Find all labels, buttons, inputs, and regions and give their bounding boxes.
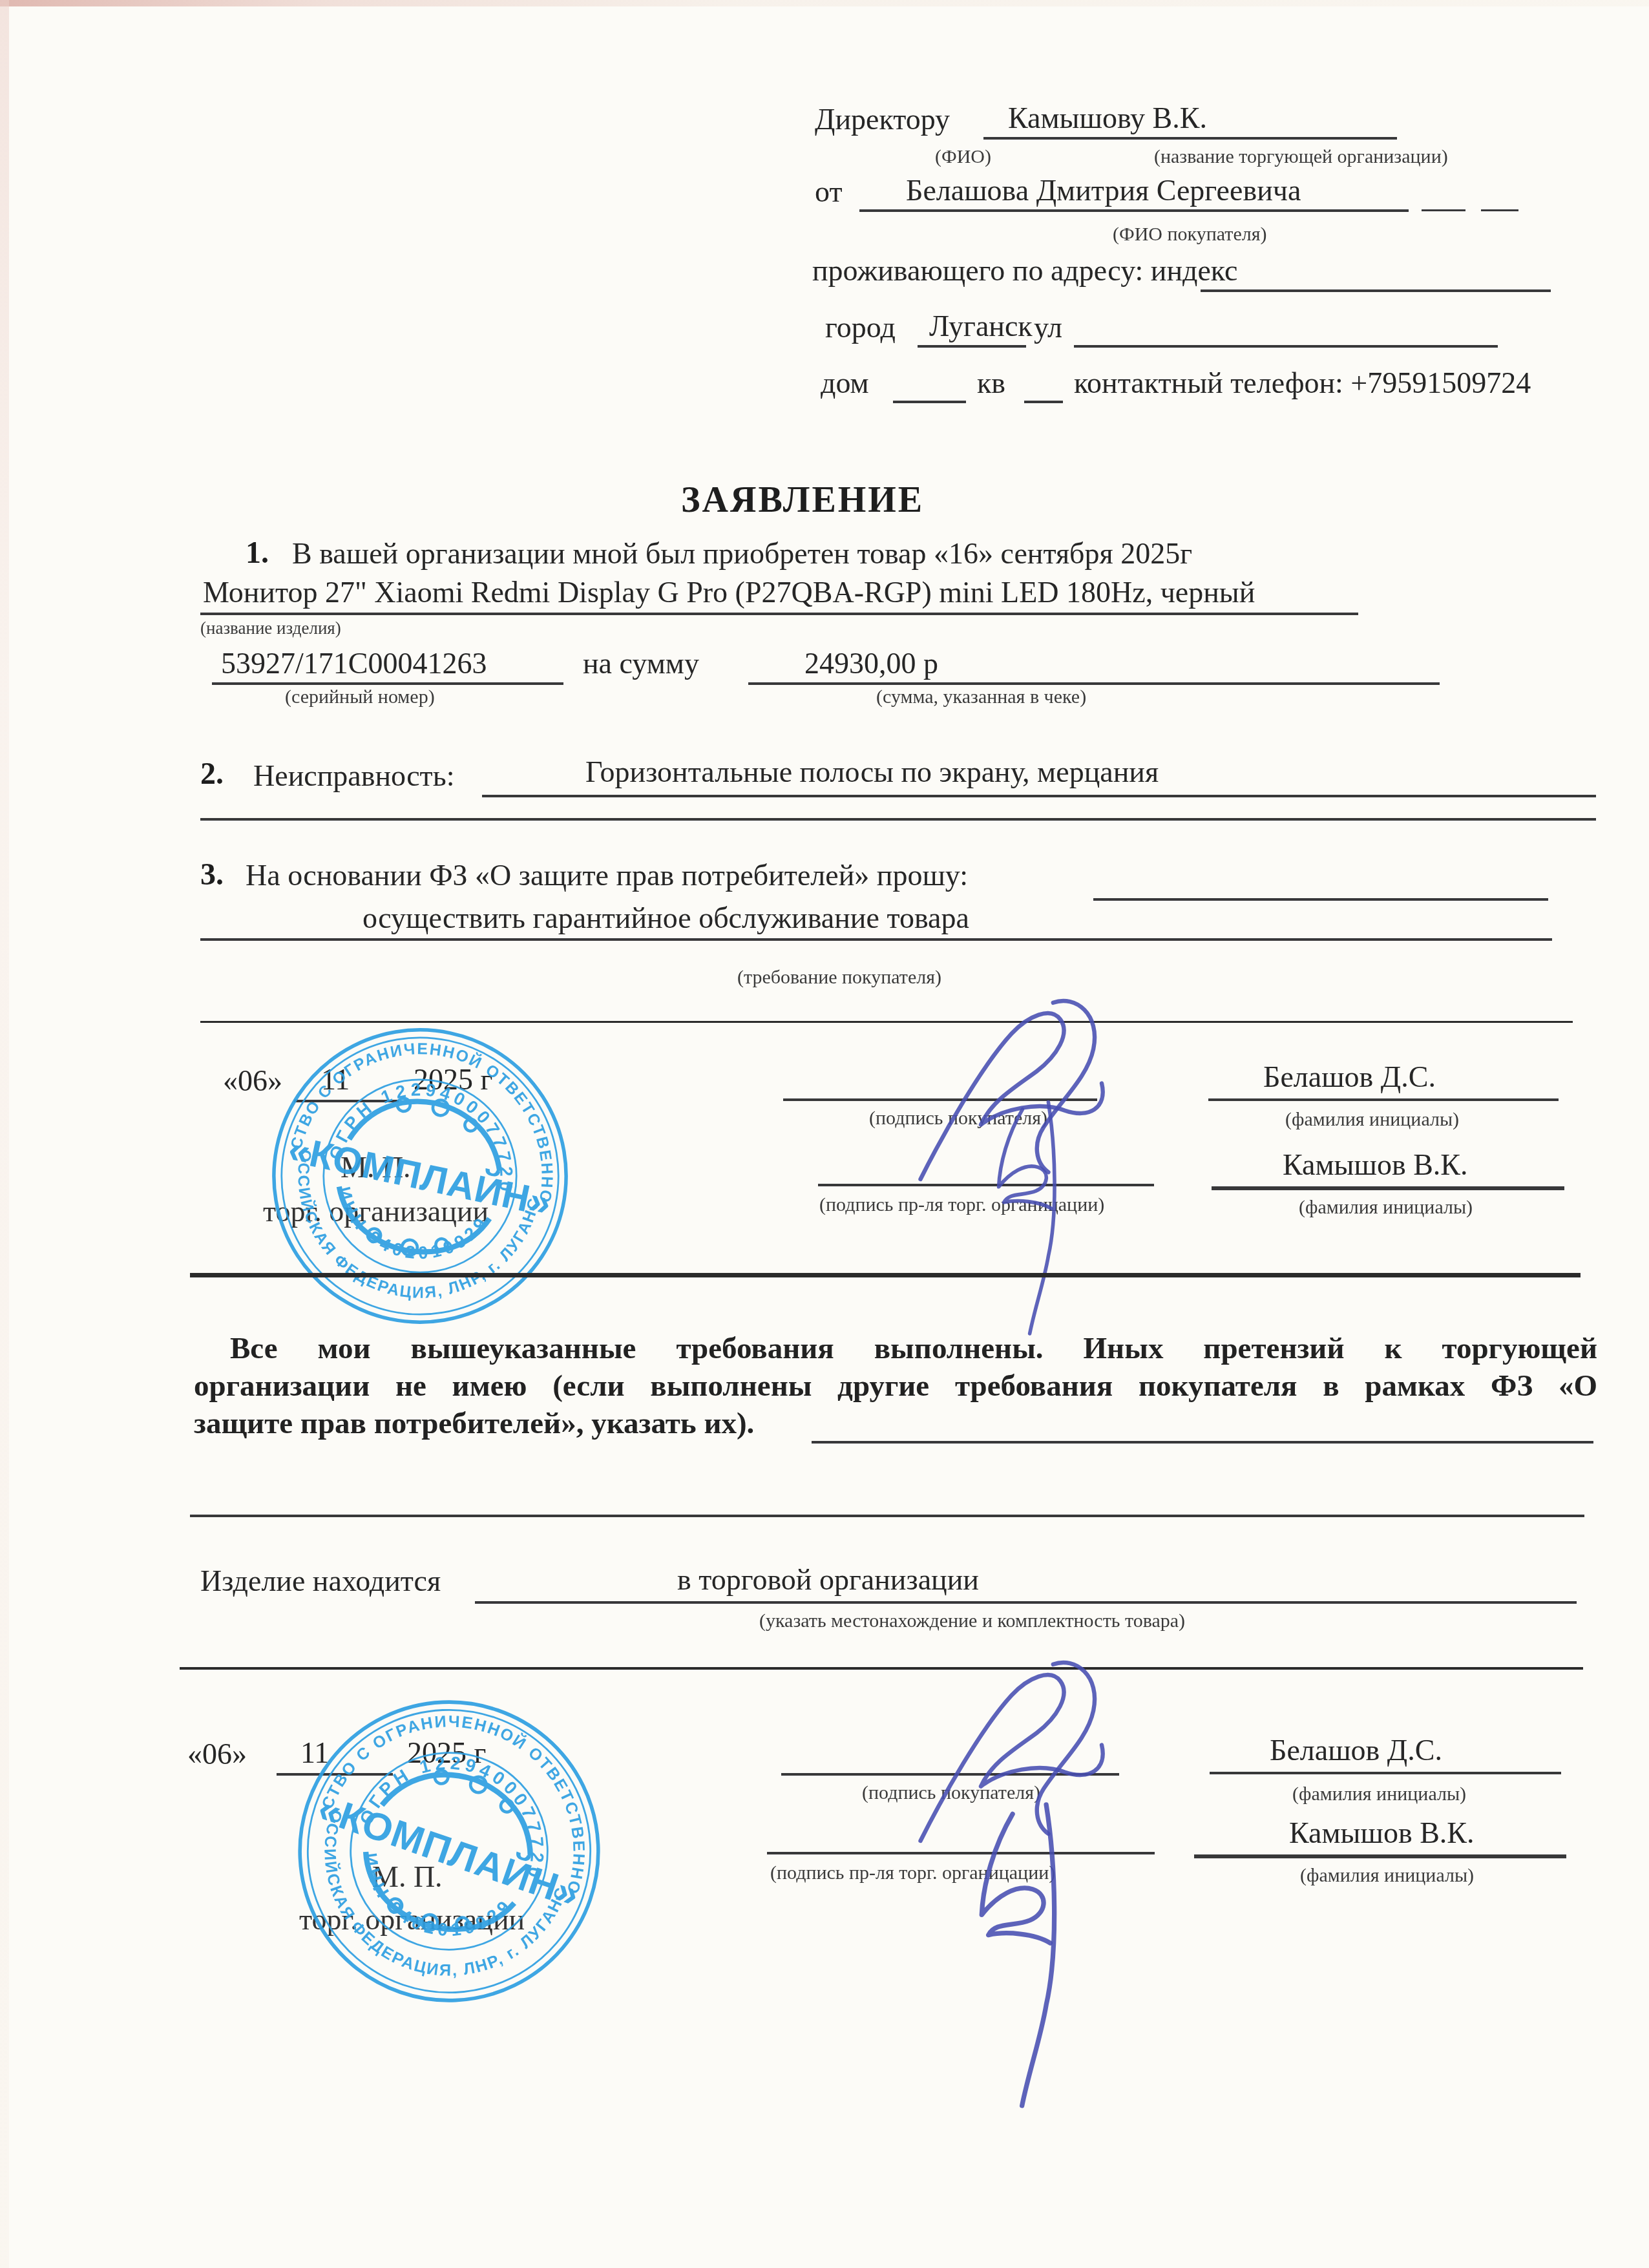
closing-underline — [812, 1441, 1593, 1444]
address-label: проживающего по адресу: индекс — [812, 255, 1238, 288]
sb1-buyer-name-label: (фамилия инициалы) — [1285, 1109, 1459, 1130]
sb1-seller-name: Камышов В.К. — [1283, 1149, 1468, 1182]
to-underline — [983, 137, 1397, 140]
phone-value: +79591509724 — [1350, 366, 1531, 399]
phone-label: контактный телефон: — [1074, 366, 1343, 399]
location-label: Изделие находится — [200, 1565, 441, 1598]
s1-text: В вашей организации мной был приобретен … — [292, 538, 1192, 571]
company-stamp-1: ОБЩЕСТВО С ОГРАНИЧЕННОЙ ОТВЕТСТВЕННОСТЬЮ… — [238, 994, 603, 1359]
apt-underline — [1024, 401, 1063, 403]
location-value: в торговой организации — [677, 1564, 979, 1597]
s1-product: Монитор 27" Xiaomi Redmi Display G Pro (… — [203, 576, 1255, 609]
to-label: Директору — [815, 103, 950, 136]
s1-sum-note: (сумма, указанная в чеке) — [876, 686, 1086, 708]
house-label: дом — [821, 367, 869, 400]
s1-sum-value: 24930,00 р — [804, 647, 938, 680]
from-label: от — [815, 176, 843, 209]
scan-edge-top — [0, 0, 1649, 6]
closing-line-2: организации не имею (если выполнены друг… — [194, 1367, 1597, 1405]
from-underline — [859, 209, 1409, 212]
closing-underline-empty — [190, 1515, 1584, 1517]
s2-label: Неисправность: — [253, 760, 454, 793]
s1-product-note: (название изделия) — [200, 619, 341, 638]
page-title: ЗАЯВЛЕНИЕ — [681, 479, 924, 521]
s3-value-underline — [200, 938, 1552, 941]
sb1-seller-name-line — [1212, 1186, 1564, 1190]
s1-serial: 53927/171C00041263 — [221, 647, 487, 680]
seller-signature-2 — [924, 1790, 1131, 2126]
sb2-buyer-name-line — [1210, 1772, 1561, 1774]
sb1-buyer-name-line — [1208, 1098, 1559, 1101]
fio-label: (ФИО) — [935, 146, 991, 167]
sb2-buyer-name: Белашов Д.С. — [1270, 1734, 1442, 1767]
index-underline — [1201, 289, 1551, 292]
stamp1-center-text: «КОМПЛАЙН» — [284, 1127, 555, 1225]
street-label: ул — [1034, 311, 1062, 344]
s2-num: 2. — [200, 757, 224, 792]
street-underline — [1074, 345, 1498, 348]
sb1-day: «06» — [223, 1065, 282, 1098]
s2-value: Горизонтальные полосы по экрану, мерцани… — [585, 756, 1159, 789]
s1-serial-note: (серийный номер) — [285, 686, 435, 708]
claim-form-page: Директору Камышову В.К. (ФИО) (название … — [0, 0, 1649, 2268]
s2-underline-empty — [200, 818, 1596, 821]
s1-sum-label: на сумму — [583, 647, 699, 680]
s1-num: 1. — [246, 536, 269, 571]
sb1-seller-name-label: (фамилия инициалы) — [1299, 1197, 1473, 1218]
closing-paragraph: Все мои вышеуказанные требования выполне… — [194, 1330, 1597, 1442]
from-value: Белашова Дмитрия Сергеевича — [906, 174, 1301, 207]
stamp2-center-text: «КОМПЛАЙН» — [313, 1787, 585, 1916]
s1-serial-underline — [212, 682, 563, 685]
sb2-day: «06» — [187, 1738, 247, 1771]
s3-value: осуществить гарантийное обслуживание тов… — [362, 902, 969, 935]
sb2-seller-name-label: (фамилия инициалы) — [1300, 1865, 1474, 1886]
sb2-seller-name: Камышов В.К. — [1289, 1817, 1475, 1850]
seller-signature-1 — [930, 1091, 1137, 1349]
sb1-buyer-name: Белашов Д.С. — [1263, 1061, 1436, 1094]
scan-edge-left — [0, 0, 9, 2268]
apt-label: кв — [977, 367, 1005, 400]
sb2-buyer-name-label: (фамилия инициалы) — [1292, 1783, 1466, 1805]
company-stamp-2: ОБЩЕСТВО С ОГРАНИЧЕННОЙ ОТВЕТСТВЕННОСТЬЮ… — [249, 1652, 649, 2051]
city-label: город — [825, 311, 896, 344]
s2-underline — [482, 795, 1596, 797]
buyer-fio-label: (ФИО покупателя) — [1113, 224, 1267, 245]
from-underline-frag1 — [1422, 209, 1465, 211]
to-value: Камышову В.К. — [1008, 102, 1207, 135]
phone-line: контактный телефон: +79591509724 — [1074, 367, 1531, 400]
closing-line-1: Все мои вышеуказанные требования выполне… — [194, 1330, 1597, 1367]
city-value: Луганск — [929, 310, 1033, 343]
divider-thick — [190, 1273, 1581, 1277]
s3-note: (требование покупателя) — [737, 967, 941, 988]
city-underline — [918, 345, 1026, 348]
s3-underline-blank — [1093, 898, 1548, 901]
house-underline — [893, 401, 966, 403]
location-underline — [475, 1601, 1577, 1604]
from-underline-frag2 — [1481, 209, 1518, 211]
s1-sum-underline — [748, 682, 1440, 685]
sb2-seller-name-line — [1194, 1854, 1566, 1858]
s3-label: На основании ФЗ «О защите прав потребите… — [246, 859, 968, 892]
location-note: (указать местонахождение и комплектность… — [759, 1610, 1185, 1632]
org-label: (название торгующей организации) — [1154, 146, 1448, 167]
s3-num: 3. — [200, 858, 224, 892]
closing-line-3: защите прав потребителей», указать их). — [194, 1405, 1597, 1442]
s1-product-underline — [200, 613, 1358, 615]
